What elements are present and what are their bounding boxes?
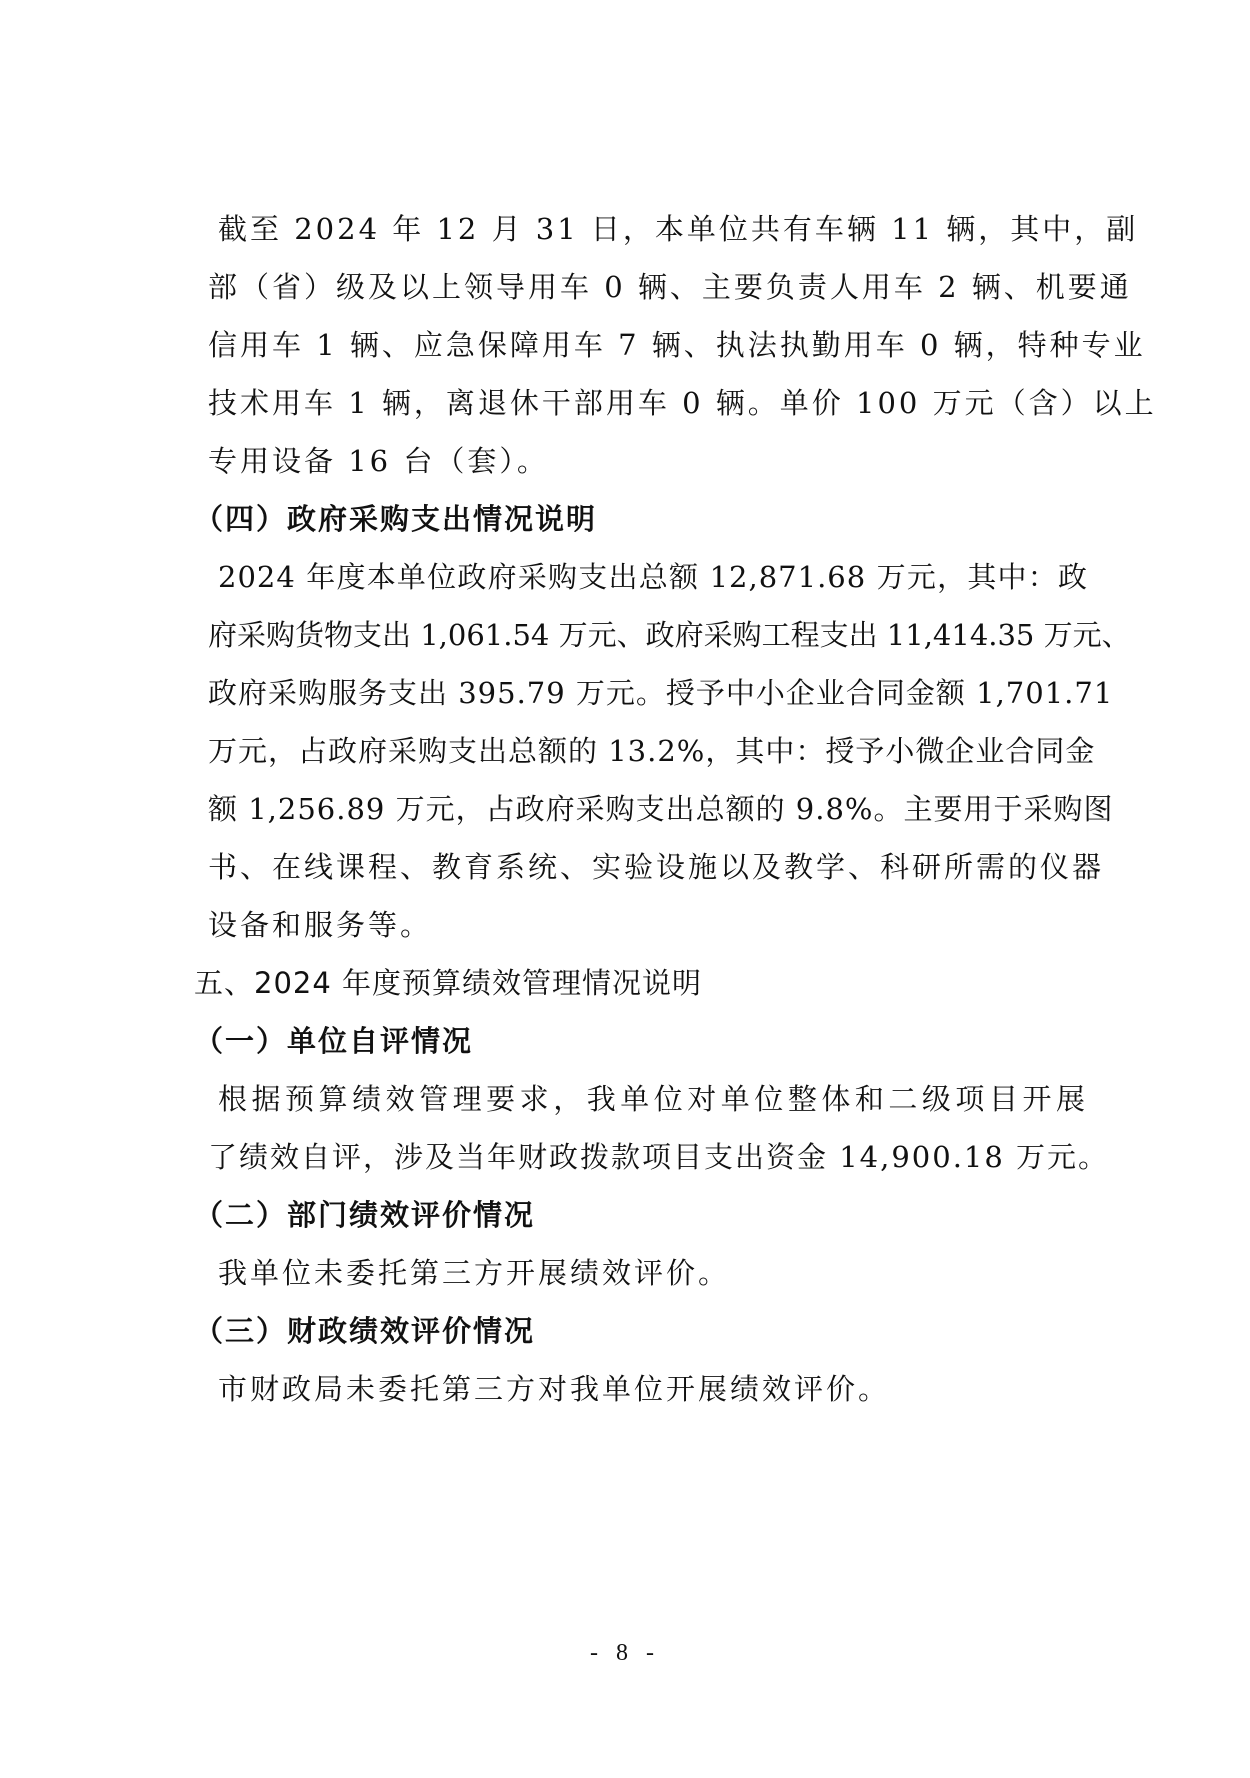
paragraph-line: 专用设备 16 台（套）。 (208, 444, 1088, 478)
paragraph-line: 书、在线课程、教育系统、实验设施以及教学、科研所需的仪器 (208, 850, 1088, 884)
document-page: 截至 2024 年 12 月 31 日，本单位共有车辆 11 辆，其中，副 部（… (0, 0, 1250, 1778)
page-number: - 8 - (0, 1640, 1250, 1667)
chapter-heading-performance: 五、2024 年度预算绩效管理情况说明 (194, 966, 1074, 1000)
paragraph-line: 信用车 1 辆、应急保障用车 7 辆、执法执勤用车 0 辆，特种专业 (208, 328, 1088, 362)
paragraph-line: 市财政局未委托第三方对我单位开展绩效评价。 (218, 1372, 1088, 1406)
paragraph-line: 了绩效自评，涉及当年财政拨款项目支出资金 14,900.18 万元。 (208, 1140, 1088, 1174)
paragraph-line: 技术用车 1 辆，离退休干部用车 0 辆。单价 100 万元（含）以上 (208, 386, 1088, 420)
paragraph-line: 设备和服务等。 (208, 908, 1088, 942)
paragraph-line: 截至 2024 年 12 月 31 日，本单位共有车辆 11 辆，其中，副 (218, 212, 1088, 246)
paragraph-line: 2024 年度本单位政府采购支出总额 12,871.68 万元，其中：政 (218, 560, 1088, 594)
paragraph-line: 府采购货物支出 1,061.54 万元、政府采购工程支出 11,414.35 万… (208, 618, 1088, 652)
paragraph-line: 根据预算绩效管理要求，我单位对单位整体和二级项目开展 (218, 1082, 1088, 1116)
paragraph-line: 部（省）级及以上领导用车 0 辆、主要负责人用车 2 辆、机要通 (208, 270, 1088, 304)
section-heading-finance-evaluation: （三）财政绩效评价情况 (194, 1314, 1074, 1348)
section-heading-department-evaluation: （二）部门绩效评价情况 (194, 1198, 1074, 1232)
paragraph-line: 额 1,256.89 万元，占政府采购支出总额的 9.8%。主要用于采购图 (208, 792, 1088, 826)
paragraph-line: 我单位未委托第三方开展绩效评价。 (218, 1256, 1088, 1290)
section-heading-procurement: （四）政府采购支出情况说明 (194, 502, 1074, 536)
paragraph-line: 政府采购服务支出 395.79 万元。授予中小企业合同金额 1,701.71 (208, 676, 1088, 710)
paragraph-line: 万元，占政府采购支出总额的 13.2%，其中：授予小微企业合同金 (208, 734, 1088, 768)
section-heading-self-evaluation: （一）单位自评情况 (194, 1024, 1074, 1058)
